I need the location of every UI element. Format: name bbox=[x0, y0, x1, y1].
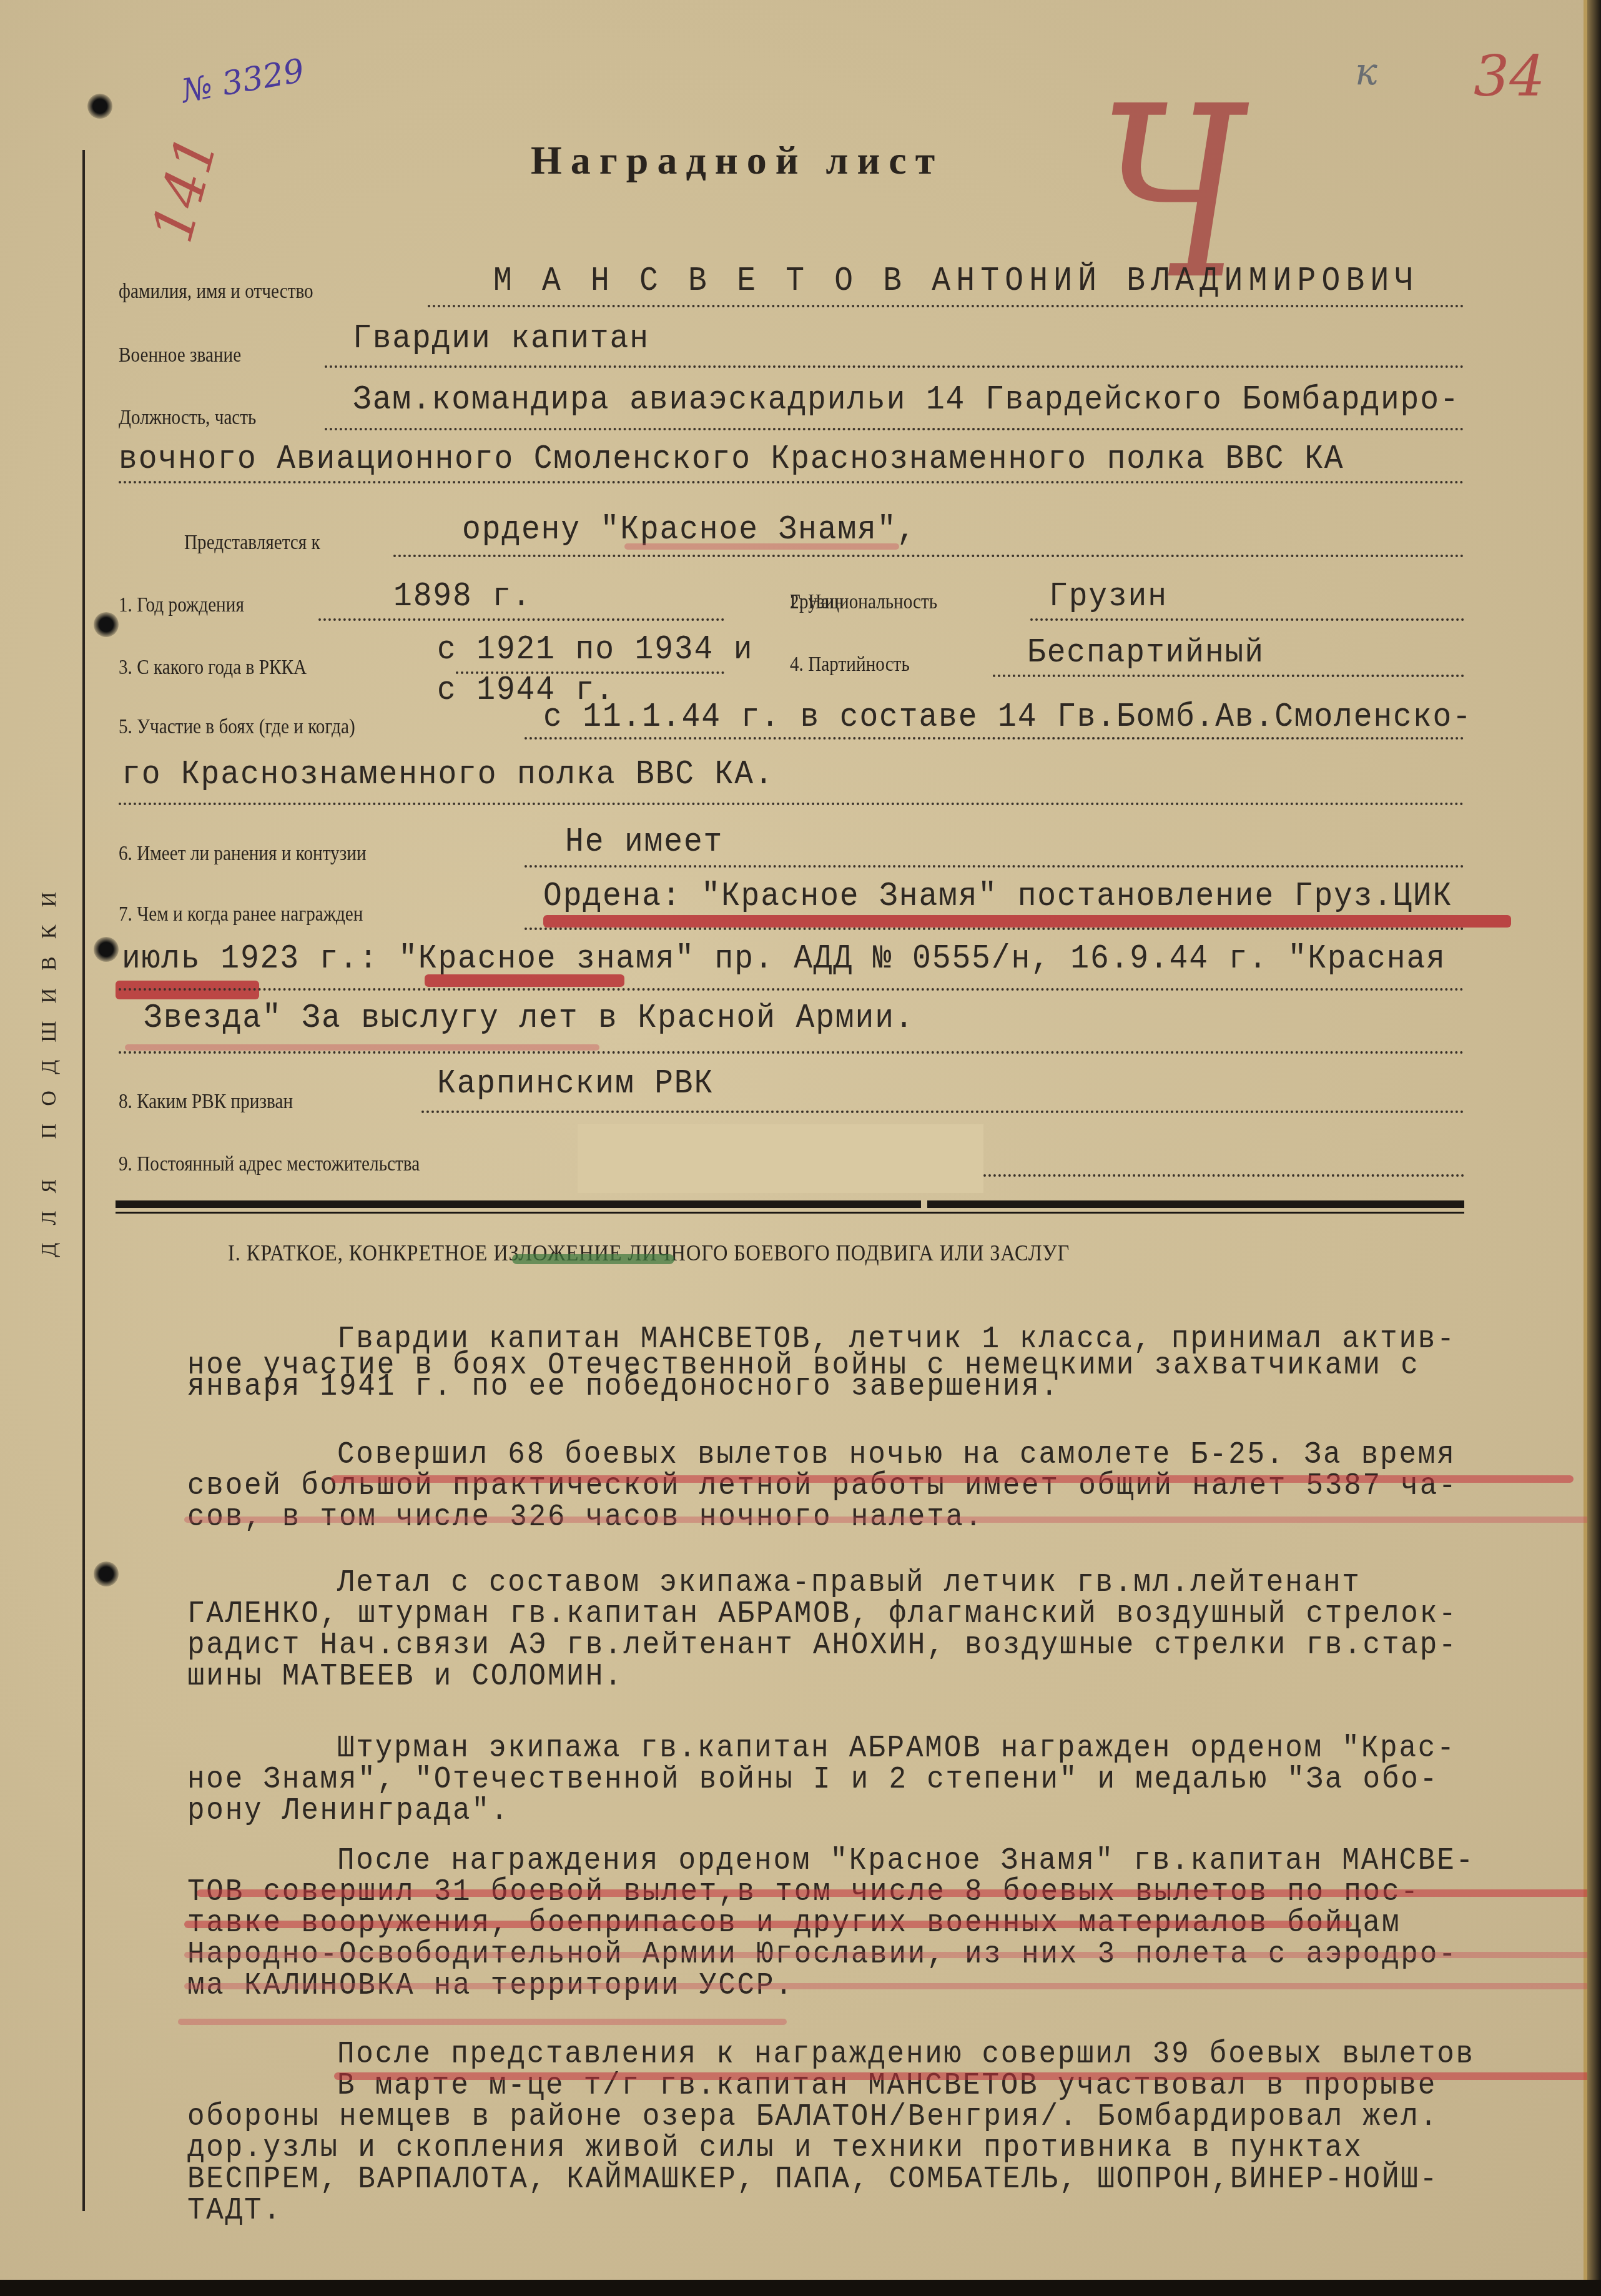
narrative-paragraph-3: Летал с составом экипажа-правый летчик г… bbox=[187, 1568, 1568, 1693]
field-7-value-line1: Ордена: "Красное Знамя" постановление Гр… bbox=[543, 878, 1452, 916]
rank-label: Военное звание bbox=[119, 344, 241, 367]
handwritten-red-number: 34 bbox=[1474, 44, 1545, 109]
field-8-value: Карпинским РВК bbox=[437, 1065, 714, 1103]
red-underline bbox=[184, 1517, 1601, 1523]
field-4-value: Беспартийный bbox=[1027, 634, 1264, 672]
position-value-line1: Зам.командира авиаэскадрильи 14 Гвардейс… bbox=[353, 381, 1460, 419]
position-value-line2: вочного Авиационного Смоленского Красноз… bbox=[119, 440, 1344, 478]
binding-margin-line bbox=[82, 150, 85, 2211]
field-1-label: 1. Год рождения bbox=[119, 593, 244, 617]
field-2-label: 2. Национальность bbox=[790, 590, 937, 614]
punch-hole bbox=[94, 937, 119, 962]
field-4-label: 4. Партийность bbox=[790, 653, 910, 676]
section-divider bbox=[116, 1200, 921, 1208]
green-mark bbox=[512, 1254, 674, 1264]
paper-edge bbox=[0, 2280, 1601, 2296]
punch-hole bbox=[94, 612, 119, 637]
name-label: фамилия, имя и отчество bbox=[119, 280, 313, 304]
red-underline bbox=[178, 2019, 787, 2025]
narrative-paragraph-1: Гвардии капитан МАНСВЕТОВ, летчик 1 клас… bbox=[187, 1324, 1553, 1398]
binding-label: ДЛЯ ПОДШИВКИ bbox=[37, 874, 75, 1437]
field-7-value-line2: июль 1923 г.: "Красное знамя" пр. АДД № … bbox=[122, 940, 1446, 978]
narrative-paragraph-6: После представления к награждению соверш… bbox=[187, 2039, 1574, 2227]
nominated-label: Представляется к bbox=[184, 531, 320, 555]
redacted-address bbox=[578, 1124, 983, 1193]
field-5-value-line1: с 11.1.44 г. в составе 14 Гв.Бомб.Ав.Смо… bbox=[543, 698, 1472, 736]
red-underline bbox=[125, 1044, 599, 1051]
red-underline bbox=[197, 1889, 1601, 1897]
field-7-label: 7. Чем и когда ранее награжден bbox=[119, 903, 363, 926]
field-6-value: Не имеет bbox=[565, 823, 723, 861]
field-2-value: Грузин bbox=[1049, 578, 1168, 616]
red-underline bbox=[184, 1983, 1589, 1989]
award-sheet-paper: ДЛЯ ПОДШИВКИ № 3329 141 к 34 Ч Наградной… bbox=[0, 0, 1587, 2280]
field-3-value-line1: с 1921 по 1934 и bbox=[437, 631, 753, 669]
red-underline bbox=[184, 1952, 1595, 1958]
field-9-label: 9. Постоянный адрес местожительства bbox=[119, 1152, 420, 1176]
field-7-value-line3: Звезда" За выслугу лет в Красной Армии. bbox=[144, 999, 914, 1037]
field-8-label: 8. Каким РВК призван bbox=[119, 1090, 293, 1114]
field-5-value-line2: го Краснознаменного полка ВВС КА. bbox=[122, 756, 774, 794]
narrative-paragraph-4: Штурман экипажа гв.капитан АБРАМОВ награ… bbox=[187, 1733, 1553, 1827]
field-5-label: 5. Участие в боях (где и когда) bbox=[119, 715, 355, 739]
handwritten-margin-note: 141 bbox=[139, 129, 230, 249]
red-underline bbox=[624, 543, 899, 550]
red-underline bbox=[331, 1475, 1574, 1483]
document-title: Наградной лист bbox=[531, 137, 943, 184]
punch-hole bbox=[94, 1561, 119, 1586]
rank-value: Гвардии капитан bbox=[353, 320, 649, 358]
handwritten-gray-mark: к bbox=[1355, 50, 1377, 94]
red-underline bbox=[543, 915, 1511, 928]
field-1-value: 1898 г. bbox=[393, 578, 532, 616]
field-6-label: 6. Имеет ли ранения и контузии bbox=[119, 842, 367, 866]
red-underline bbox=[184, 1921, 1352, 1928]
paper-edge bbox=[1587, 0, 1601, 2296]
position-label: Должность, часть bbox=[119, 406, 256, 430]
section-divider bbox=[927, 1200, 1464, 1208]
punch-hole bbox=[87, 94, 112, 119]
name-value: М А Н С В Е Т О В АНТОНИЙ ВЛАДИМИРОВИЧ bbox=[493, 262, 1419, 300]
field-3-label: 3. С какого года в РККА bbox=[119, 656, 307, 680]
red-underline bbox=[425, 974, 624, 987]
red-underline bbox=[334, 2072, 1595, 2080]
handwritten-number: № 3329 bbox=[179, 52, 307, 110]
